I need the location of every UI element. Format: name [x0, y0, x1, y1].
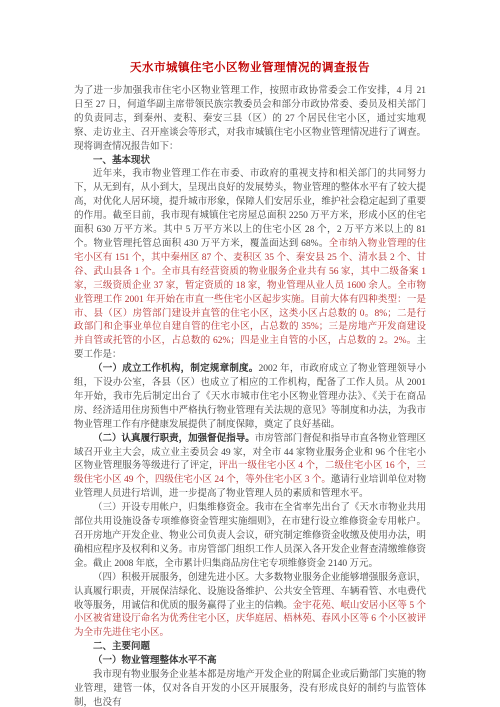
document-content: 天水市城镇住宅小区物业管理情况的调查报告 为了进一步加强我市住宅小区物业管理工作… — [0, 0, 500, 707]
text-segment-bold: 一、基本现状 — [93, 156, 150, 166]
document-title: 天水市城镇住宅小区物业管理情况的调查报告 — [74, 60, 426, 76]
work-item-1-paragraph: （一）成立工作机构，制定规章制度。2002 年，市政府成立了物业管理领导小组，下… — [74, 363, 426, 433]
work-item-3-paragraph: （三）开设专用帐户，归集维修资金。我市在全省率先出台了《天水市物业共用部位共用设… — [74, 502, 426, 572]
work-item-2-paragraph: （二）认真履行职责，加强督促指导。市房管部门督促和指导市直各物业管理区域召开业主… — [74, 433, 426, 503]
document-page: 天水市城镇住宅小区物业管理情况的调查报告 为了进一步加强我市住宅小区物业管理工作… — [0, 0, 500, 707]
text-segment-normal: （三）开设专用帐户，归集维修资金。我市在全省率先出台了《天水市物业共用部位共用设… — [74, 503, 426, 569]
document-body: 为了进一步加强我市住宅小区物业管理工作，按照市政协常委会工作安排，4 月 21 … — [74, 85, 426, 707]
text-segment-bold: （二）认真履行职责，加强督促指导。 — [93, 434, 255, 444]
text-segment-normal: 为了进一步加强我市住宅小区物业管理工作，按照市政协常委会工作安排，4 月 21 … — [74, 86, 426, 152]
text-segment-bold: 二、主要问题 — [93, 642, 150, 652]
problem-1-heading: （一）物业管理整体水平不高 — [74, 655, 426, 669]
work-item-4-paragraph: （四）积极开展服务，创建先进小区。大多数物业服务企业能够增强服务意识，认真履行职… — [74, 572, 426, 642]
section-1-heading: 一、基本现状 — [74, 155, 426, 169]
problem-1-paragraph: 我市现有物业服务企业基本都是房地产开发企业的附属企业或后勤部门实施的物业管理，建… — [74, 669, 426, 707]
text-segment-red: 全市纳入物业管理的住宅小区有 151 个，其中秦州区 87 个、麦积区 35 个… — [74, 239, 426, 346]
section-2-heading: 二、主要问题 — [74, 641, 426, 655]
text-segment-bold: （一）物业管理整体水平不高 — [93, 656, 217, 666]
current-status-paragraph: 近年来，我市物业管理工作在市委、市政府的重视支持和相关部门的共同努力下，从无到有… — [74, 168, 426, 363]
intro-paragraph: 为了进一步加强我市住宅小区物业管理工作，按照市政协常委会工作安排，4 月 21 … — [74, 85, 426, 155]
text-segment-bold: （一）成立工作机构，制定规章制度。 — [93, 364, 259, 374]
text-segment-normal: 我市现有物业服务企业基本都是房地产开发企业的附属企业或后勤部门实施的物业管理，建… — [74, 670, 426, 707]
text-segment-normal: 近年来，我市物业管理工作在市委、市政府的重视支持和相关部门的共同努力下，从无到有… — [74, 169, 426, 249]
